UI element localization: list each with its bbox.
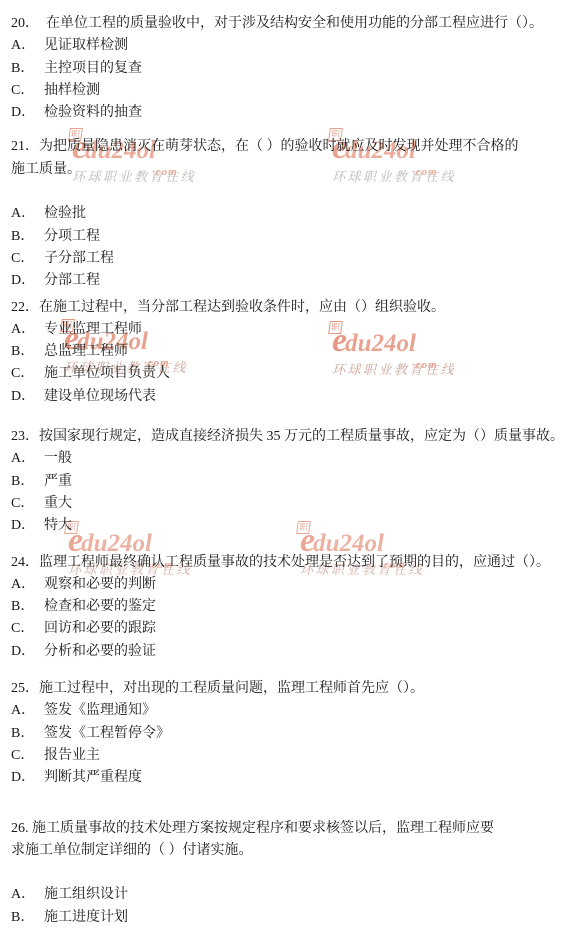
question-23: 23．按国家现行规定，造成直接经济损失 35 万元的工程质量事故，应定为（）质量… [11, 426, 582, 537]
option-text: 总监理工程师 [44, 341, 128, 363]
exam-page: 职edu24ol ·com 环球职业教育在线 职edu24ol ·com 环球职… [0, 0, 586, 940]
option-label: A． [11, 700, 44, 722]
option-label: B． [11, 723, 44, 745]
option-label: D． [11, 641, 44, 663]
option-text: 分部工程 [44, 270, 100, 292]
option-label: D． [11, 767, 44, 789]
option-row: D．特大 [11, 515, 582, 537]
option-row: A．观察和必要的判断 [11, 574, 582, 596]
option-row: D．分析和必要的验证 [11, 641, 582, 663]
option-label: B． [11, 471, 44, 493]
option-text: 子分部工程 [44, 248, 114, 270]
option-label: B． [11, 596, 44, 618]
question-20: 20． 在单位工程的质量验收中，对于涉及结构安全和使用功能的分部工程应进行（）。… [11, 13, 582, 124]
question-text: 26. 施工质量事故的技术处理方案按规定程序和要求核签以后，监理工程师应要 [11, 818, 582, 840]
option-label: A． [11, 203, 44, 225]
option-text: 主控项目的复查 [44, 58, 142, 80]
question-text: 施工质量。 [11, 159, 582, 181]
option-text: 特大 [44, 515, 72, 537]
option-text: 检验资料的抽查 [44, 102, 142, 124]
option-label: C． [11, 493, 44, 515]
question-24: 24．监理工程师最终确认工程质量事故的技术处理是否达到了预期的目的，应通过（）。… [11, 552, 582, 663]
blank-line [11, 862, 582, 884]
option-label: A． [11, 884, 44, 906]
option-row: D．分部工程 [11, 270, 582, 292]
option-label: C． [11, 745, 44, 767]
option-text: 抽样检测 [44, 80, 100, 102]
option-row: A．专业监理工程师 [11, 319, 582, 341]
option-row: B．严重 [11, 471, 582, 493]
option-label: D． [11, 270, 44, 292]
option-text: 检验批 [44, 203, 86, 225]
option-row: A．签发《监理通知》 [11, 700, 582, 722]
question-text: 20． 在单位工程的质量验收中，对于涉及结构安全和使用功能的分部工程应进行（）。 [11, 13, 582, 35]
option-text: 分项工程 [44, 226, 100, 248]
option-row: D．判断其严重程度 [11, 767, 582, 789]
option-row: D．建设单位现场代表 [11, 386, 582, 408]
option-text: 报告业主 [44, 745, 100, 767]
option-text: 施工单位项目负责人 [44, 363, 170, 385]
option-label: C． [11, 248, 44, 270]
option-row: A．施工组织设计 [11, 884, 582, 906]
option-text: 严重 [44, 471, 72, 493]
option-row: C．重大 [11, 493, 582, 515]
option-text: 施工组织设计 [44, 884, 128, 906]
option-row: B．检查和必要的鉴定 [11, 596, 582, 618]
option-row: B．分项工程 [11, 226, 582, 248]
option-label: A． [11, 319, 44, 341]
option-label: B． [11, 226, 44, 248]
option-text: 分析和必要的验证 [44, 641, 156, 663]
option-text: 施工进度计划 [44, 907, 128, 929]
option-text: 专业监理工程师 [44, 319, 142, 341]
option-row: C．抽样检测 [11, 80, 582, 102]
question-25: 25．施工过程中，对出现的工程质量问题，监理工程师首先应（）。 A．签发《监理通… [11, 678, 582, 789]
option-row: C．施工单位项目负责人 [11, 363, 582, 385]
option-row: B．主控项目的复查 [11, 58, 582, 80]
option-row: A．一般 [11, 448, 582, 470]
option-text: 建设单位现场代表 [44, 386, 156, 408]
option-label: A． [11, 574, 44, 596]
option-text: 回访和必要的跟踪 [44, 618, 156, 640]
option-text: 观察和必要的判断 [44, 574, 156, 596]
question-text: 25．施工过程中，对出现的工程质量问题，监理工程师首先应（）。 [11, 678, 582, 700]
option-text: 重大 [44, 493, 72, 515]
option-label: B． [11, 58, 44, 80]
option-row: A．见证取样检测 [11, 35, 582, 57]
question-text: 求施工单位制定详细的（ ）付诸实施。 [11, 840, 582, 862]
option-row: A．检验批 [11, 203, 582, 225]
option-label: C． [11, 80, 44, 102]
option-label: D． [11, 515, 44, 537]
option-label: C． [11, 618, 44, 640]
option-label: B． [11, 907, 44, 929]
question-text: 24．监理工程师最终确认工程质量事故的技术处理是否达到了预期的目的，应通过（）。 [11, 552, 582, 574]
option-text: 签发《工程暂停令》 [44, 723, 170, 745]
option-text: 见证取样检测 [44, 35, 128, 57]
option-row: C．回访和必要的跟踪 [11, 618, 582, 640]
question-list: 20． 在单位工程的质量验收中，对于涉及结构安全和使用功能的分部工程应进行（）。… [0, 0, 586, 929]
option-text: 判断其严重程度 [44, 767, 142, 789]
question-text: 23．按国家现行规定，造成直接经济损失 35 万元的工程质量事故，应定为（）质量… [11, 426, 582, 448]
option-label: C． [11, 363, 44, 385]
option-label: D． [11, 102, 44, 124]
option-row: C．子分部工程 [11, 248, 582, 270]
option-row: B．总监理工程师 [11, 341, 582, 363]
question-22: 22．在施工过程中，当分部工程达到验收条件时，应由（）组织验收。 A．专业监理工… [11, 297, 582, 408]
option-row: C．报告业主 [11, 745, 582, 767]
option-label: B． [11, 341, 44, 363]
option-label: A． [11, 448, 44, 470]
option-row: B．签发《工程暂停令》 [11, 723, 582, 745]
option-row: D．检验资料的抽查 [11, 102, 582, 124]
option-text: 一般 [44, 448, 72, 470]
option-text: 签发《监理通知》 [44, 700, 156, 722]
blank-line [11, 181, 582, 203]
question-text: 22．在施工过程中，当分部工程达到验收条件时，应由（）组织验收。 [11, 297, 582, 319]
question-21: 21．为把质量隐患消灭在萌芽状态，在（ ）的验收时就应及时发现并处理不合格的 施… [11, 136, 582, 292]
option-label: A． [11, 35, 44, 57]
question-text: 21．为把质量隐患消灭在萌芽状态，在（ ）的验收时就应及时发现并处理不合格的 [11, 136, 582, 158]
question-26: 26. 施工质量事故的技术处理方案按规定程序和要求核签以后，监理工程师应要 求施… [11, 818, 582, 929]
option-label: D． [11, 386, 44, 408]
option-row: B．施工进度计划 [11, 907, 582, 929]
option-text: 检查和必要的鉴定 [44, 596, 156, 618]
